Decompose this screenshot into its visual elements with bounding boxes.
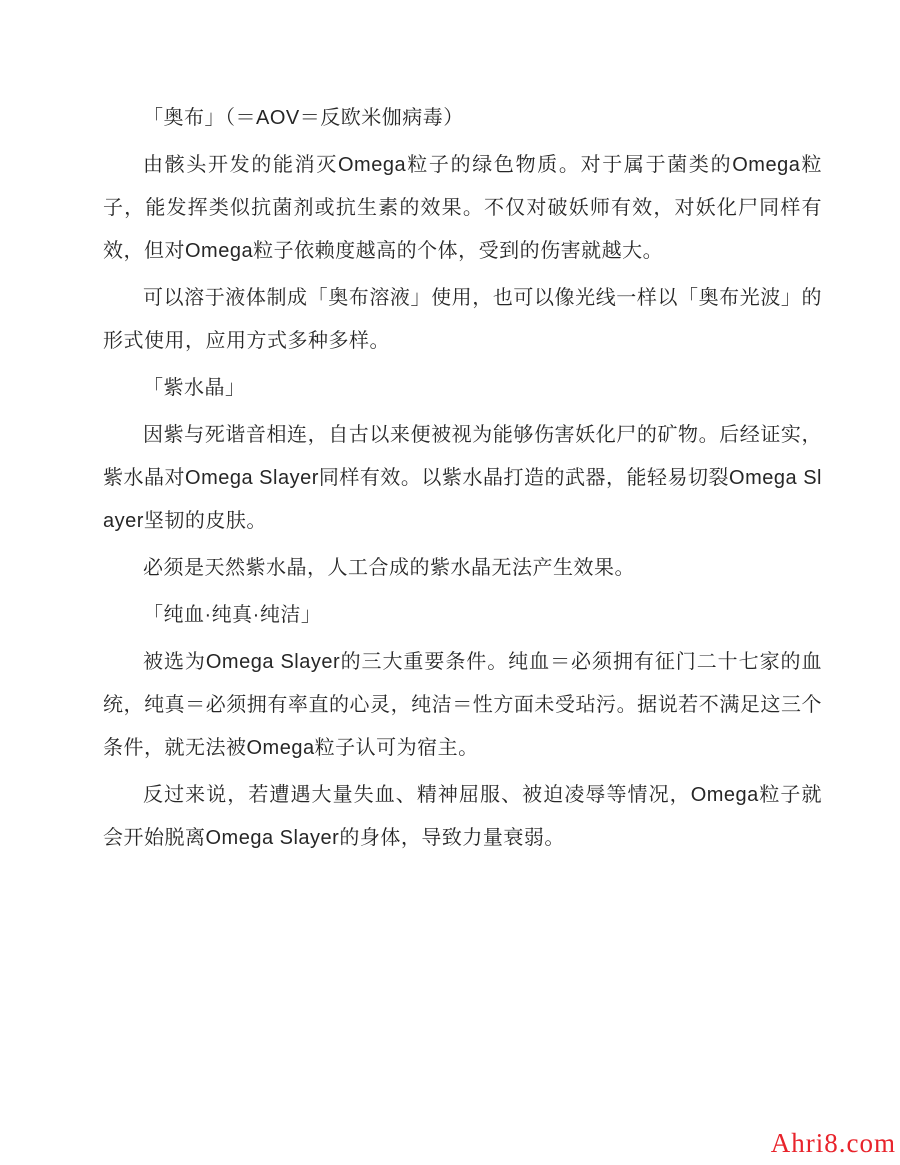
document-page: 「奥布」（＝AOV＝反欧米伽病毒） 由骸头开发的能消灭Omega粒子的绿色物质。… [0, 0, 900, 1165]
paragraph-aob-1: 由骸头开发的能消灭Omega粒子的绿色物质。对于属于菌类的Omega粒子，能发挥… [103, 144, 822, 273]
paragraph-purity-1: 被选为Omega Slayer的三大重要条件。纯血＝必须拥有征门二十七家的血统，… [103, 641, 822, 770]
watermark: Ahri8.com [771, 1128, 896, 1159]
section-heading-purity: 「纯血·纯真·纯洁」 [103, 594, 822, 637]
paragraph-amethyst-2: 必须是天然紫水晶，人工合成的紫水晶无法产生效果。 [103, 547, 822, 590]
paragraph-purity-2: 反过来说，若遭遇大量失血、精神屈服、被迫凌辱等情况，Omega粒子就会开始脱离O… [103, 774, 822, 860]
section-heading-amethyst: 「紫水晶」 [103, 367, 822, 410]
paragraph-aob-2: 可以溶于液体制成「奥布溶液」使用，也可以像光线一样以「奥布光波」的形式使用，应用… [103, 277, 822, 363]
paragraph-amethyst-1: 因紫与死谐音相连，自古以来便被视为能够伤害妖化尸的矿物。后经证实，紫水晶对Ome… [103, 414, 822, 543]
section-heading-aob: 「奥布」（＝AOV＝反欧米伽病毒） [103, 97, 822, 140]
document-body: 「奥布」（＝AOV＝反欧米伽病毒） 由骸头开发的能消灭Omega粒子的绿色物质。… [103, 97, 822, 864]
